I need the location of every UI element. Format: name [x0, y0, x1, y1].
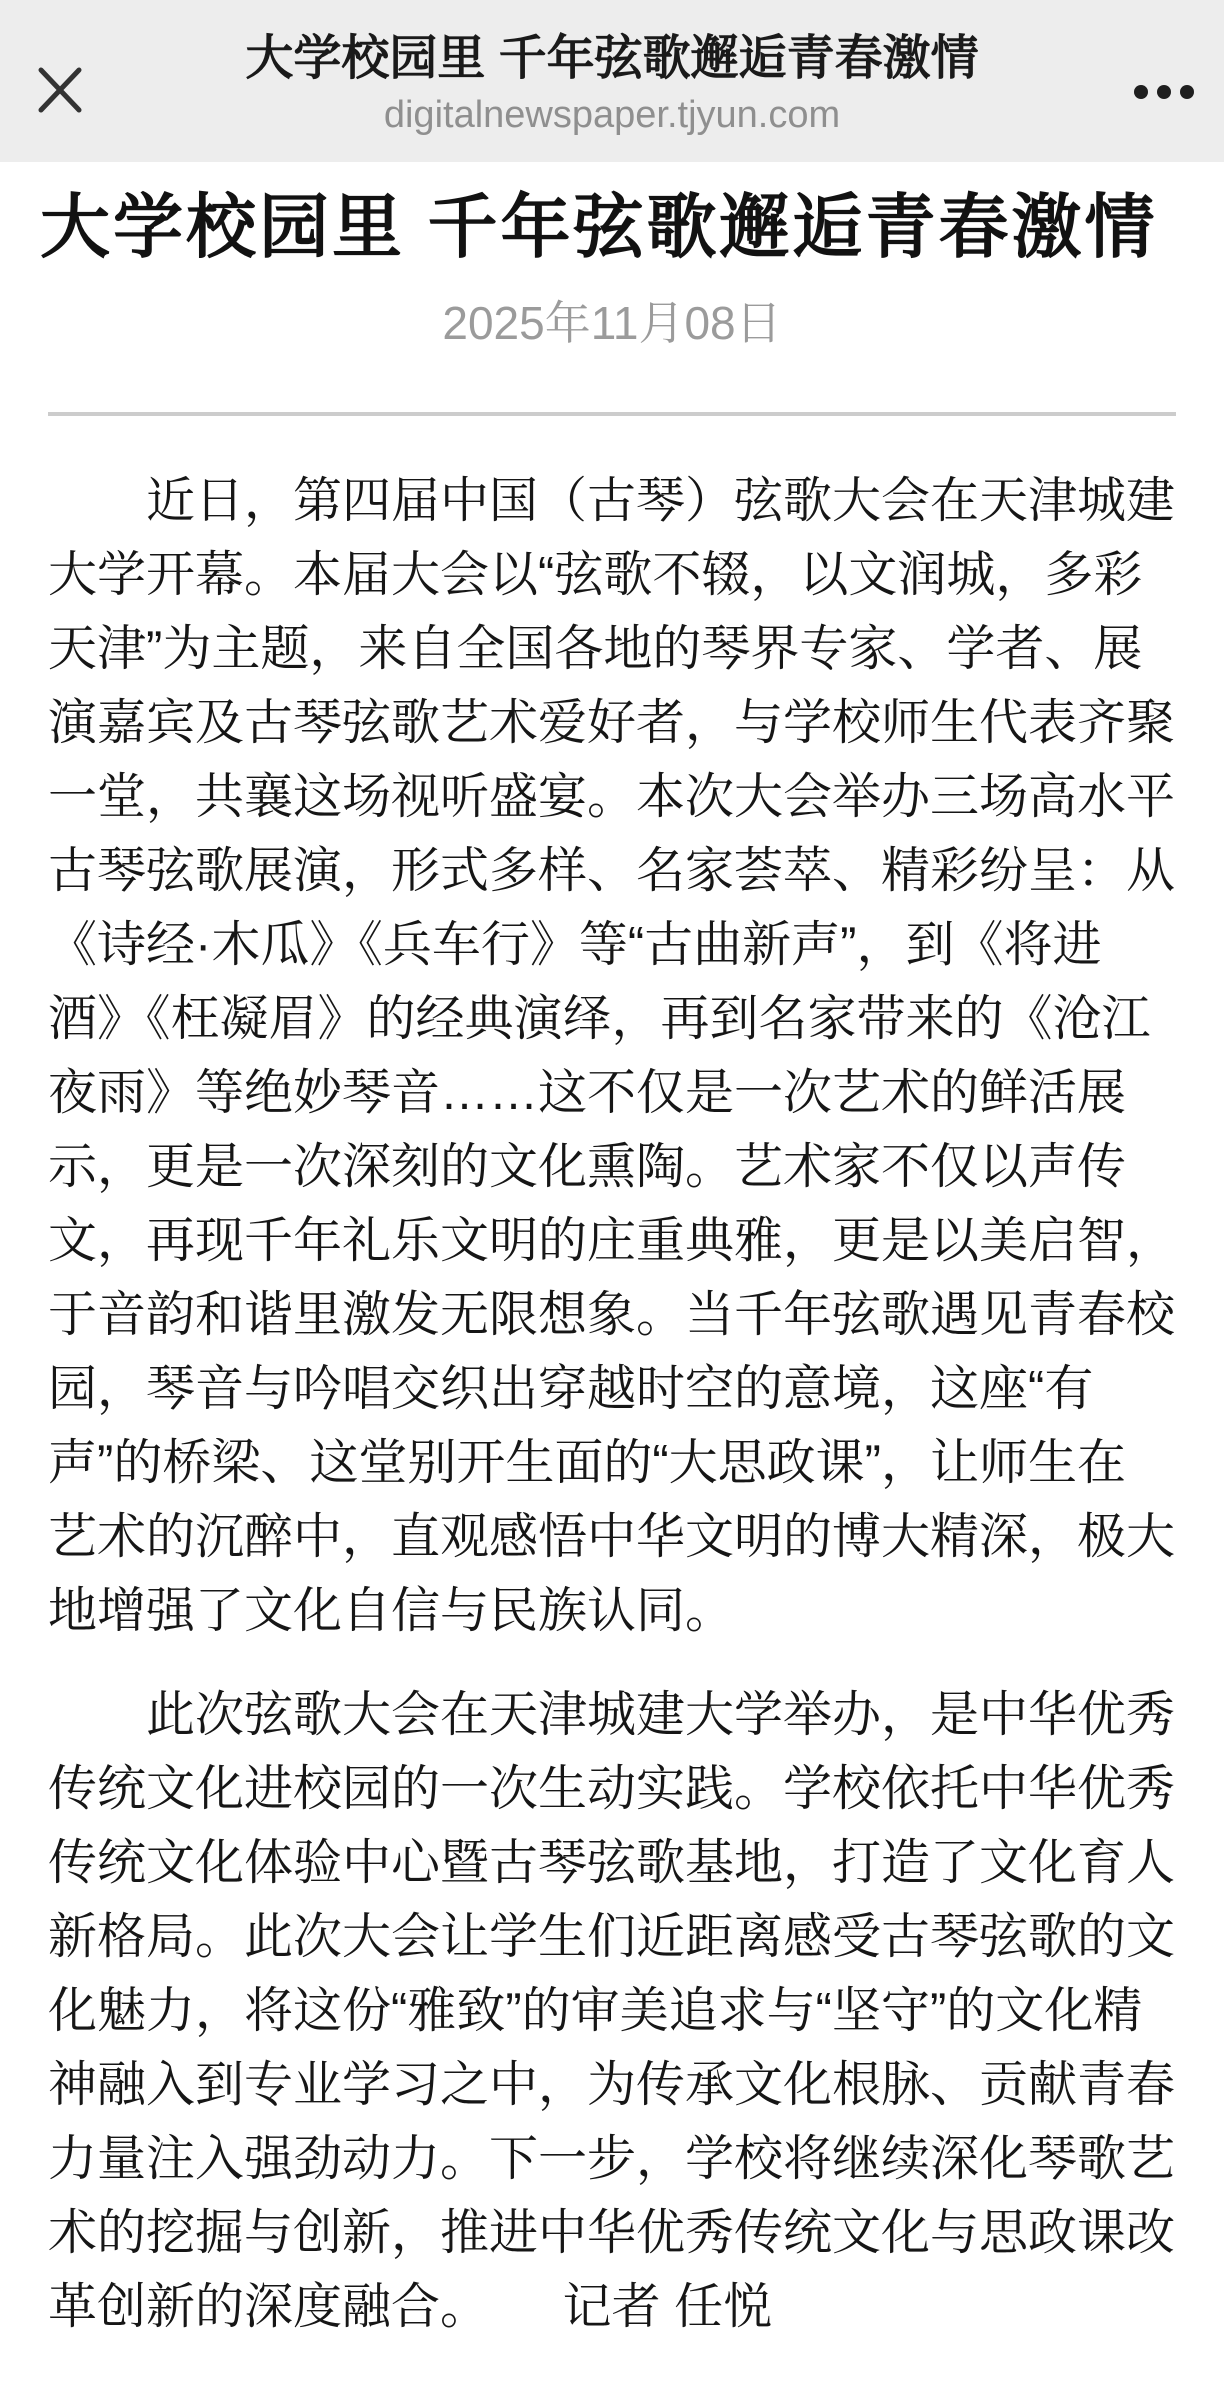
close-x-icon: [38, 101, 82, 116]
article-line: 化魅力，将这份“雅致”的审美追求与“坚守”的文化精: [48, 1974, 1180, 2048]
three-dot-more-icon: [1134, 85, 1148, 99]
article-line: 古琴弦歌展演，形式多样、名家荟萃、精彩纷呈：从: [48, 834, 1180, 908]
article-line: 大学开幕。本届大会以“弦歌不辍，以文润城，多彩: [48, 538, 1180, 612]
article-line: 艺术的沉醉中，直观感悟中华文明的博大精深，极大: [48, 1500, 1180, 1574]
article-line: 革创新的深度融合。 记者 任悦: [48, 2270, 1180, 2344]
article-line: 一堂，共襄这场视听盛宴。本次大会举办三场高水平: [48, 760, 1180, 834]
page-url: digitalnewspaper.tjyun.com: [384, 92, 840, 138]
article-line: 酒》《枉凝眉》的经典演绎，再到名家带来的《沧江: [48, 982, 1180, 1056]
header-left: [0, 49, 120, 113]
article-line: 传统文化体验中心暨古琴弦歌基地，打造了文化育人: [48, 1826, 1180, 1900]
article-line: 新格局。此次大会让学生们近距离感受古琴弦歌的文: [48, 1900, 1180, 1974]
webview-header: 大学校园里 千年弦歌邂逅青春激情 digitalnewspaper.tjyun.…: [0, 0, 1224, 162]
article-paragraph: 近日，第四届中国（古琴）弦歌大会在天津城建大学开幕。本届大会以“弦歌不辍，以文润…: [48, 464, 1180, 1648]
article-line: 地增强了文化自信与民族认同。: [48, 1574, 1180, 1648]
article-line: 此次弦歌大会在天津城建大学举办，是中华优秀: [48, 1678, 1180, 1752]
article-line: 于音韵和谐里激发无限想象。当千年弦歌遇见青春校: [48, 1278, 1180, 1352]
article-line: 声”的桥梁、这堂别开生面的“大思政课”，让师生在: [48, 1426, 1180, 1500]
article-line: 近日，第四届中国（古琴）弦歌大会在天津城建: [48, 464, 1180, 538]
article-title: 大学校园里 千年弦歌邂逅青春激情: [40, 188, 1188, 266]
three-dot-more-icon: [1180, 85, 1194, 99]
article: 大学校园里 千年弦歌邂逅青春激情 2025年11月08日 近日，第四届中国（古琴…: [0, 188, 1224, 2344]
article-line: 园，琴音与吟唱交织出穿越时空的意境，这座“有: [48, 1352, 1180, 1426]
article-line: 术的挖掘与创新，推进中华优秀传统文化与思政课改: [48, 2196, 1180, 2270]
divider: [48, 412, 1176, 416]
article-line: 力量注入强劲动力。下一步，学校将继续深化琴歌艺: [48, 2122, 1180, 2196]
close-button[interactable]: [38, 67, 82, 113]
article-line: 示，更是一次深刻的文化熏陶。艺术家不仅以声传: [48, 1130, 1180, 1204]
article-line: 传统文化进校园的一次生动实践。学校依托中华优秀: [48, 1752, 1180, 1826]
article-line: 演嘉宾及古琴弦歌艺术爱好者，与学校师生代表齐聚: [48, 686, 1180, 760]
page-title: 大学校园里 千年弦歌邂逅青春激情: [245, 30, 978, 88]
article-line: 神融入到专业学习之中，为传承文化根脉、贡献青春: [48, 2048, 1180, 2122]
article-date: 2025年11月08日: [0, 294, 1224, 352]
more-menu-button[interactable]: [1134, 85, 1194, 99]
header-right: [1104, 63, 1224, 99]
article-body: 近日，第四届中国（古琴）弦歌大会在天津城建大学开幕。本届大会以“弦歌不辍，以文润…: [48, 464, 1180, 2344]
article-line: 文，再现千年礼乐文明的庄重典雅，更是以美启智，: [48, 1204, 1180, 1278]
header-center: 大学校园里 千年弦歌邂逅青春激情 digitalnewspaper.tjyun.…: [120, 30, 1104, 138]
article-paragraph: 此次弦歌大会在天津城建大学举办，是中华优秀传统文化进校园的一次生动实践。学校依托…: [48, 1678, 1180, 2344]
article-line: 夜雨》等绝妙琴音……这不仅是一次艺术的鲜活展: [48, 1056, 1180, 1130]
article-line: 《诗经·木瓜》《兵车行》等“古曲新声”，到《将进: [48, 908, 1180, 982]
article-line: 天津”为主题，来自全国各地的琴界专家、学者、展: [48, 612, 1180, 686]
three-dot-more-icon: [1157, 85, 1171, 99]
